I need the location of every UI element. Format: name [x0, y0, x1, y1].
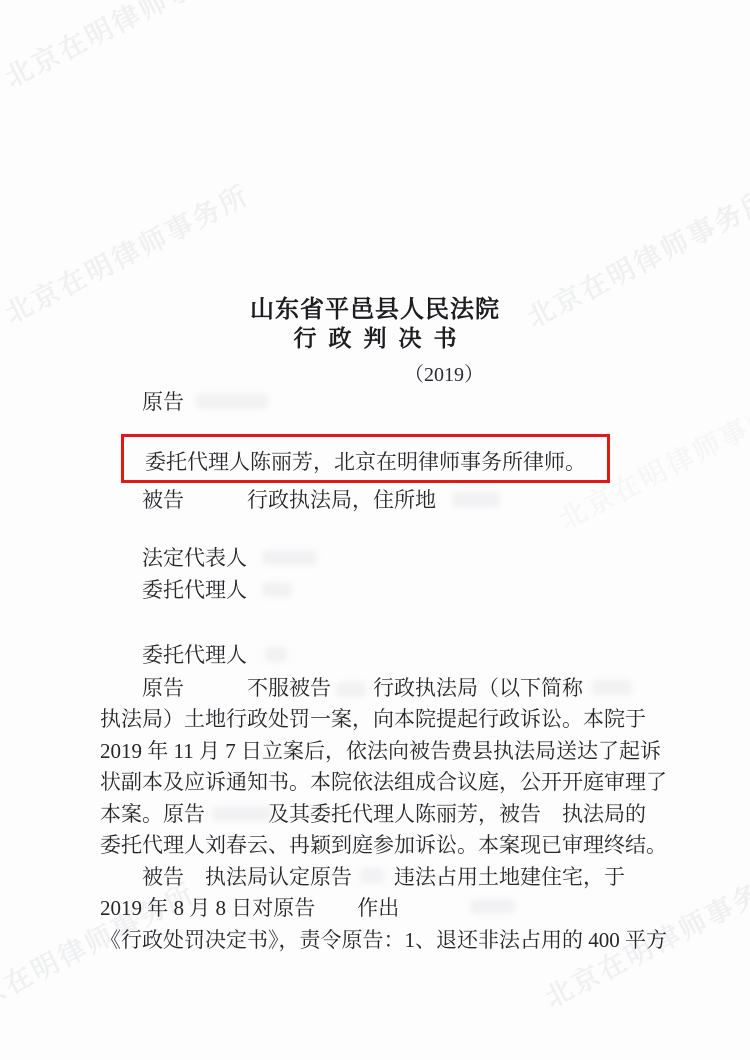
- party-line-agent-2: 委托代理人: [142, 641, 247, 670]
- redaction-ghost: [470, 899, 515, 914]
- body-line: 2019 年 11 月 7 日立案后，依法向被告费县执法局送达了起诉: [100, 737, 661, 766]
- court-name: 山东省平邑县人民法院: [0, 289, 750, 324]
- party-line-legal-rep: 法定代表人: [142, 544, 247, 573]
- body-line: 《行政处罚决定书》，责令原告：1、退还非法占用的 400 平方: [100, 926, 667, 955]
- redaction-ghost: [196, 394, 268, 409]
- redaction-ghost: [452, 492, 500, 507]
- body-line: 执法局）土地行政处罚一案，向本院提起行政诉讼。本院于: [100, 705, 646, 734]
- case-number-year: （2019）: [404, 358, 484, 387]
- document-page: 北京在明律师事务所 北京在明律师事务所 北京在明律师事务所 北京在明律师事务所 …: [0, 0, 750, 1060]
- body-line: 状副本及应诉通知书。本院依法组成合议庭，公开开庭审理了: [100, 768, 667, 797]
- party-line-defendant: 被告 行政执法局，住所地: [142, 486, 436, 515]
- document-title: 行政判决书: [0, 320, 750, 353]
- redaction-ghost: [265, 647, 287, 662]
- party-line-agent-highlighted: 委托代理人陈丽芳，北京在明律师事务所律师。: [145, 448, 586, 477]
- party-line-plaintiff: 原告: [142, 388, 184, 417]
- body-line: 本案。原告 及其委托代理人陈丽芳，被告 执法局的: [100, 800, 646, 829]
- watermark-text: 北京在明律师事务所: [0, 0, 255, 95]
- redaction-ghost: [262, 582, 292, 597]
- body-line: 原告 不服被告 行政执法局（以下简称: [100, 674, 583, 703]
- party-line-agent-1: 委托代理人: [142, 576, 247, 605]
- body-line: 2019 年 8 月 8 日对原告 作出: [100, 894, 399, 923]
- body-line: 被告 执法局认定原告 违法占用土地建住宅，于: [100, 863, 625, 892]
- body-line: 委托代理人刘春云、冉颖到庭参加诉讼。本案现已审理终结。: [100, 831, 667, 860]
- redaction-ghost: [592, 680, 632, 695]
- redaction-ghost: [262, 550, 317, 565]
